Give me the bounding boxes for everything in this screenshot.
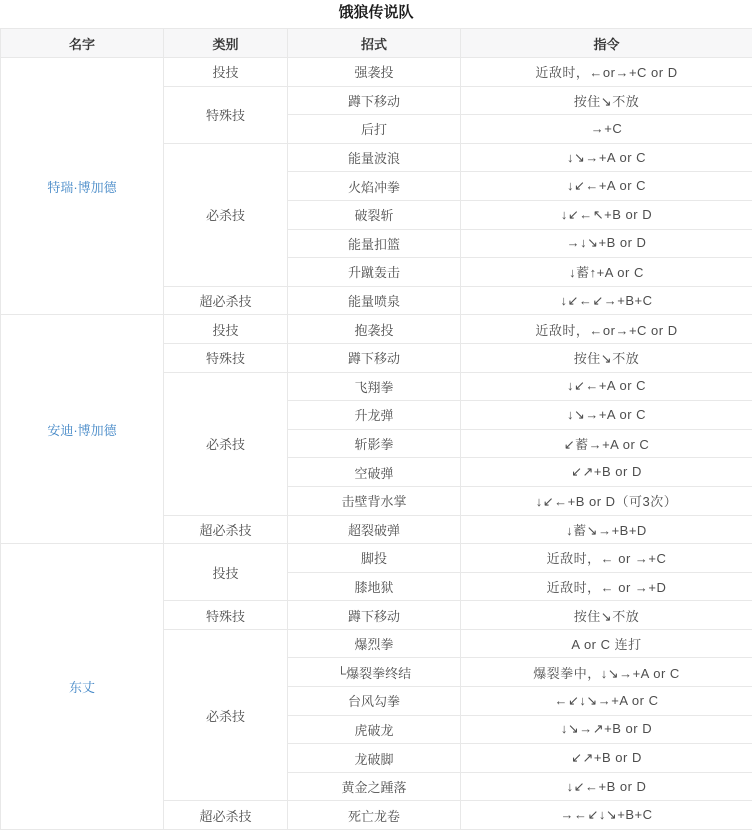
command-cell: 近敌时，← or →+C [461,544,752,573]
command-cell: →←↙↓↘+B+C [461,801,752,830]
command-cell: 按住↘不放 [461,601,752,630]
header-command: 指令 [461,29,752,58]
move-cell: 虎破龙 [288,715,461,744]
move-cell: 台风勾拳 [288,687,461,716]
category-cell: 投技 [164,58,288,87]
command-cell: ↓↙←+A or C [461,372,752,401]
command-cell: 近敌时，←or→+C or D [461,315,752,344]
table-row: 安迪·博加德投技抱袭投近敌时，←or→+C or D [1,315,752,344]
character-link[interactable]: 特瑞·博加德 [47,180,116,195]
move-cell: 龙破脚 [288,744,461,773]
command-cell: ↓↘→↗+B or D [461,715,752,744]
header-name: 名字 [1,29,164,58]
move-cell: 后打 [288,115,461,144]
move-cell: 能量波浪 [288,143,461,172]
command-cell: ↓↘→+A or C [461,143,752,172]
move-cell: 升蹴轰击 [288,258,461,287]
move-cell: 击壁背水掌 [288,486,461,515]
character-link[interactable]: 东丈 [69,680,95,695]
category-cell: 超必杀技 [164,515,288,544]
category-cell: 超必杀技 [164,286,288,315]
command-cell: 近敌时，←or→+C or D [461,58,752,87]
command-cell: ↙蓄→+A or C [461,429,752,458]
header-row: 名字 类别 招式 指令 [1,29,752,58]
category-cell: 投技 [164,315,288,344]
page-title: 饿狼传说队 [0,0,752,28]
category-cell: 特殊技 [164,601,288,630]
command-cell: ←↙↓↘→+A or C [461,687,752,716]
move-cell: 强袭投 [288,58,461,87]
page: 饿狼传说队 名字 类别 招式 指令 特瑞·博加德投技强袭投近敌时，←or→+C … [0,0,752,830]
move-cell: 飞翔拳 [288,372,461,401]
header-move: 招式 [288,29,461,58]
move-cell: 斩影拳 [288,429,461,458]
character-link[interactable]: 安迪·博加德 [47,423,116,438]
move-cell: 能量扣篮 [288,229,461,258]
category-cell: 投技 [164,544,288,601]
command-cell: ↓↘→+A or C [461,401,752,430]
move-cell: 蹲下移动 [288,601,461,630]
move-cell: 空破弹 [288,458,461,487]
command-cell: ↙↗+B or D [461,744,752,773]
command-cell: 爆裂拳中，↓↘→+A or C [461,658,752,687]
move-cell: 能量喷泉 [288,286,461,315]
command-cell: ↓↙←↖+B or D [461,200,752,229]
move-cell: 抱袭投 [288,315,461,344]
move-cell: 蹲下移动 [288,86,461,115]
character-name-cell: 安迪·博加德 [1,315,164,544]
command-cell: 按住↘不放 [461,343,752,372]
command-cell: ↓蓄↘→+B+D [461,515,752,544]
command-cell: 按住↘不放 [461,86,752,115]
header-category: 类别 [164,29,288,58]
category-cell: 特殊技 [164,343,288,372]
move-cell: 超裂破弹 [288,515,461,544]
table-row: 特瑞·博加德投技强袭投近敌时，←or→+C or D [1,58,752,87]
move-cell: 膝地狱 [288,572,461,601]
move-cell: 脚投 [288,544,461,573]
move-cell: └爆裂拳终结 [288,658,461,687]
command-cell: →+C [461,115,752,144]
command-cell: ↓↙←+B or D [461,772,752,801]
category-cell: 必杀技 [164,629,288,801]
move-cell: 黄金之踵落 [288,772,461,801]
command-cell: →↓↘+B or D [461,229,752,258]
table-row: 东丈投技脚投近敌时，← or →+C [1,544,752,573]
move-cell: 爆烈拳 [288,629,461,658]
category-cell: 超必杀技 [164,801,288,830]
move-cell: 蹲下移动 [288,343,461,372]
category-cell: 必杀技 [164,143,288,286]
command-cell: ↓↙←+A or C [461,172,752,201]
category-cell: 特殊技 [164,86,288,143]
character-name-cell: 东丈 [1,544,164,830]
command-cell: ↙↗+B or D [461,458,752,487]
category-cell: 必杀技 [164,372,288,515]
move-cell: 破裂斩 [288,200,461,229]
command-cell: ↓蓄↑+A or C [461,258,752,287]
command-cell: A or C 连打 [461,629,752,658]
character-name-cell: 特瑞·博加德 [1,58,164,315]
move-cell: 升龙弹 [288,401,461,430]
command-cell: ↓↙←+B or D（可3次） [461,486,752,515]
move-table: 名字 类别 招式 指令 特瑞·博加德投技强袭投近敌时，←or→+C or D特殊… [0,28,752,830]
move-cell: 死亡龙卷 [288,801,461,830]
move-cell: 火焰冲拳 [288,172,461,201]
command-cell: ↓↙←↙→+B+C [461,286,752,315]
command-cell: 近敌时，← or →+D [461,572,752,601]
